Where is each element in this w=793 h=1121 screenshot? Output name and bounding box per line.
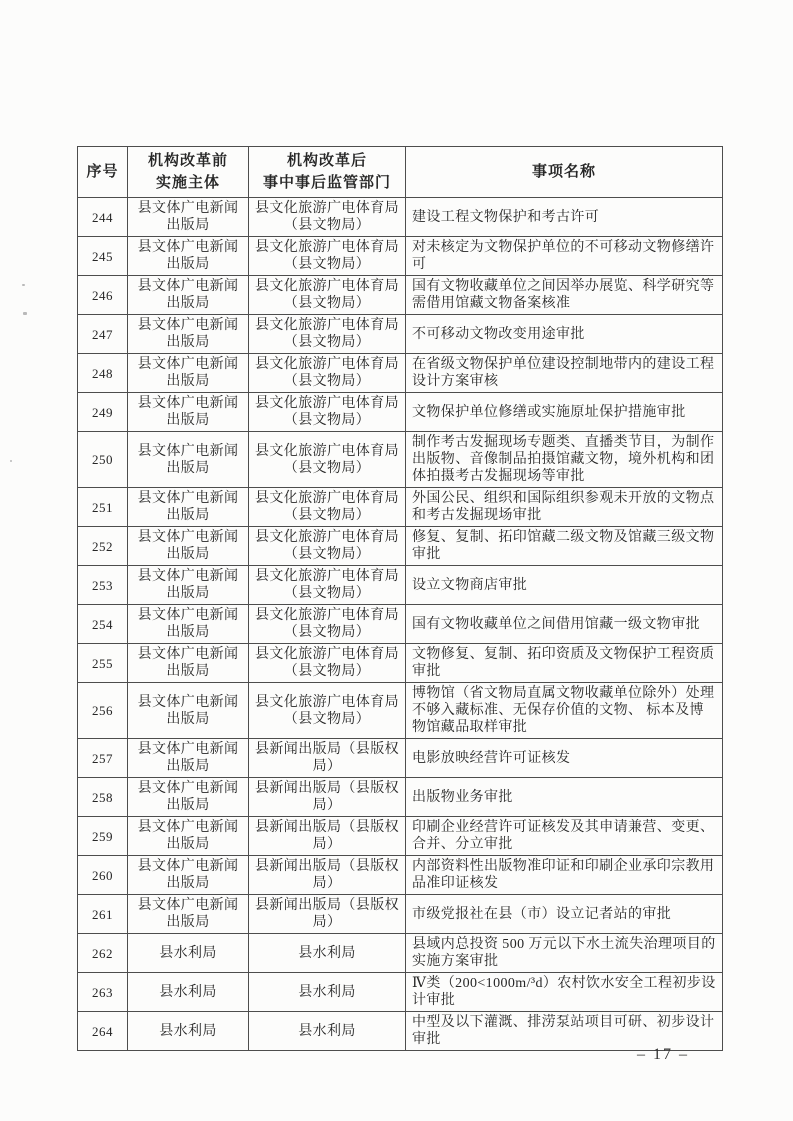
row-item-name-cell: 国有文物收藏单位之间借用馆藏一级文物审批 [406, 605, 723, 644]
row-after-reform-cell: 县文化旅游广电体育局（县文物局） [249, 315, 406, 354]
header-serial-number-label: 序号 [80, 161, 125, 183]
page-number: – 17 – [618, 1046, 708, 1064]
header-after-reform-line2: 事中事后监管部门 [251, 172, 403, 194]
table-row: 257 县文体广电新闻出版局 县新闻出版局（县版权局） 电影放映经营许可证核发 [78, 739, 723, 778]
row-item-name-cell: 内部资料性出版物准印证和印刷企业承印宗教用品准印证核发 [406, 856, 723, 895]
row-serial-number-cell: 260 [78, 856, 128, 895]
table-row: 264 县水利局 县水利局 中型及以下灌溉、排涝泵站项目可研、初步设计审批 [78, 1012, 723, 1051]
row-before-reform-cell: 县水利局 [128, 1012, 249, 1051]
table-row: 250 县文体广电新闻出版局 县文化旅游广电体育局（县文物局） 制作考古发掘现场… [78, 432, 723, 488]
row-serial-number-cell: 249 [78, 393, 128, 432]
row-item-name-cell: 中型及以下灌溉、排涝泵站项目可研、初步设计审批 [406, 1012, 723, 1051]
row-after-reform-cell: 县新闻出版局（县版权局） [249, 856, 406, 895]
row-serial-number-cell: 253 [78, 566, 128, 605]
row-before-reform-cell: 县文体广电新闻出版局 [128, 644, 249, 683]
table-row: 252 县文体广电新闻出版局 县文化旅游广电体育局（县文物局） 修复、复制、拓印… [78, 527, 723, 566]
row-item-name-cell: 制作考古发掘现场专题类、直播类节目，为制作出版物、音像制品拍摄馆藏文物，境外机构… [406, 432, 723, 488]
table-row: 260 县文体广电新闻出版局 县新闻出版局（县版权局） 内部资料性出版物准印证和… [78, 856, 723, 895]
row-before-reform-cell: 县文体广电新闻出版局 [128, 605, 249, 644]
header-row: 序号 机构改革前 实施主体 机构改革后 事中事后监管部门 事项名称 [78, 147, 723, 198]
row-before-reform-cell: 县文体广电新闻出版局 [128, 354, 249, 393]
row-item-name-cell: 出版物业务审批 [406, 778, 723, 817]
row-serial-number-cell: 256 [78, 683, 128, 739]
header-before-reform: 机构改革前 实施主体 [128, 147, 249, 198]
row-before-reform-cell: 县文体广电新闻出版局 [128, 778, 249, 817]
row-serial-number-cell: 250 [78, 432, 128, 488]
row-serial-number-cell: 264 [78, 1012, 128, 1051]
table-row: 248 县文体广电新闻出版局 县文化旅游广电体育局（县文物局） 在省级文物保护单… [78, 354, 723, 393]
table-row: 253 县文体广电新闻出版局 县文化旅游广电体育局（县文物局） 设立文物商店审批 [78, 566, 723, 605]
row-before-reform-cell: 县文体广电新闻出版局 [128, 276, 249, 315]
table-row: 246 县文体广电新闻出版局 县文化旅游广电体育局（县文物局） 国有文物收藏单位… [78, 276, 723, 315]
row-after-reform-cell: 县新闻出版局（县版权局） [249, 778, 406, 817]
row-before-reform-cell: 县水利局 [128, 973, 249, 1012]
row-item-name-cell: 不可移动文物改变用途审批 [406, 315, 723, 354]
header-item-name-label: 事项名称 [408, 161, 720, 183]
row-before-reform-cell: 县文体广电新闻出版局 [128, 488, 249, 527]
row-after-reform-cell: 县文化旅游广电体育局（县文物局） [249, 566, 406, 605]
table-row: 247 县文体广电新闻出版局 县文化旅游广电体育局（县文物局） 不可移动文物改变… [78, 315, 723, 354]
row-serial-number-cell: 258 [78, 778, 128, 817]
row-before-reform-cell: 县文体广电新闻出版局 [128, 566, 249, 605]
scanned-document-page: 序号 机构改革前 实施主体 机构改革后 事中事后监管部门 事项名称 244 县文… [0, 0, 793, 1121]
row-before-reform-cell: 县水利局 [128, 934, 249, 973]
row-after-reform-cell: 县文化旅游广电体育局（县文物局） [249, 354, 406, 393]
row-after-reform-cell: 县文化旅游广电体育局（县文物局） [249, 605, 406, 644]
row-after-reform-cell: 县文化旅游广电体育局（县文物局） [249, 488, 406, 527]
row-item-name-cell: 外国公民、组织和国际组织参观未开放的文物点和考古发掘现场审批 [406, 488, 723, 527]
table-body: 244 县文体广电新闻出版局 县文化旅游广电体育局（县文物局） 建设工程文物保护… [78, 198, 723, 1051]
header-before-reform-line2: 实施主体 [130, 172, 246, 194]
row-item-name-cell: 国有文物收藏单位之间因举办展览、科学研究等需借用馆藏文物备案核准 [406, 276, 723, 315]
header-after-reform-line1: 机构改革后 [251, 150, 403, 172]
row-after-reform-cell: 县文化旅游广电体育局（县文物局） [249, 393, 406, 432]
row-serial-number-cell: 255 [78, 644, 128, 683]
row-before-reform-cell: 县文体广电新闻出版局 [128, 817, 249, 856]
table-row: 255 县文体广电新闻出版局 县文化旅游广电体育局（县文物局） 文物修复、复制、… [78, 644, 723, 683]
row-serial-number-cell: 254 [78, 605, 128, 644]
row-after-reform-cell: 县文化旅游广电体育局（县文物局） [249, 276, 406, 315]
header-after-reform: 机构改革后 事中事后监管部门 [249, 147, 406, 198]
table-row: 245 县文体广电新闻出版局 县文化旅游广电体育局（县文物局） 对未核定为文物保… [78, 237, 723, 276]
row-before-reform-cell: 县文体广电新闻出版局 [128, 856, 249, 895]
row-item-name-cell: 在省级文物保护单位建设控制地带内的建设工程设计方案审核 [406, 354, 723, 393]
row-serial-number-cell: 261 [78, 895, 128, 934]
table-row: 249 县文体广电新闻出版局 县文化旅游广电体育局（县文物局） 文物保护单位修缮… [78, 393, 723, 432]
row-after-reform-cell: 县新闻出版局（县版权局） [249, 817, 406, 856]
row-serial-number-cell: 244 [78, 198, 128, 237]
row-before-reform-cell: 县文体广电新闻出版局 [128, 432, 249, 488]
scan-speck [22, 284, 25, 286]
row-serial-number-cell: 259 [78, 817, 128, 856]
table-row: 258 县文体广电新闻出版局 县新闻出版局（县版权局） 出版物业务审批 [78, 778, 723, 817]
row-before-reform-cell: 县文体广电新闻出版局 [128, 527, 249, 566]
row-item-name-cell: 电影放映经营许可证核发 [406, 739, 723, 778]
row-item-name-cell: Ⅳ类（200<1000m/³d）农村饮水安全工程初步设计审批 [406, 973, 723, 1012]
row-after-reform-cell: 县文化旅游广电体育局（县文物局） [249, 644, 406, 683]
row-serial-number-cell: 263 [78, 973, 128, 1012]
table-row: 262 县水利局 县水利局 县域内总投资 500 万元以下水土流失治理项目的实施… [78, 934, 723, 973]
row-after-reform-cell: 县水利局 [249, 973, 406, 1012]
row-serial-number-cell: 257 [78, 739, 128, 778]
row-item-name-cell: 市级党报社在县（市）设立记者站的审批 [406, 895, 723, 934]
row-after-reform-cell: 县文化旅游广电体育局（县文物局） [249, 683, 406, 739]
row-before-reform-cell: 县文体广电新闻出版局 [128, 739, 249, 778]
scan-speck [10, 460, 12, 462]
row-before-reform-cell: 县文体广电新闻出版局 [128, 198, 249, 237]
row-after-reform-cell: 县新闻出版局（县版权局） [249, 739, 406, 778]
row-after-reform-cell: 县文化旅游广电体育局（县文物局） [249, 237, 406, 276]
table-row: 261 县文体广电新闻出版局 县新闻出版局（县版权局） 市级党报社在县（市）设立… [78, 895, 723, 934]
row-serial-number-cell: 251 [78, 488, 128, 527]
row-serial-number-cell: 248 [78, 354, 128, 393]
row-before-reform-cell: 县文体广电新闻出版局 [128, 393, 249, 432]
row-after-reform-cell: 县新闻出版局（县版权局） [249, 895, 406, 934]
table-row: 256 县文体广电新闻出版局 县文化旅游广电体育局（县文物局） 博物馆（省文物局… [78, 683, 723, 739]
row-item-name-cell: 县域内总投资 500 万元以下水土流失治理项目的实施方案审批 [406, 934, 723, 973]
row-serial-number-cell: 247 [78, 315, 128, 354]
scan-speck [23, 312, 27, 315]
row-before-reform-cell: 县文体广电新闻出版局 [128, 683, 249, 739]
row-after-reform-cell: 县文化旅游广电体育局（县文物局） [249, 432, 406, 488]
table-row: 254 县文体广电新闻出版局 县文化旅游广电体育局（县文物局） 国有文物收藏单位… [78, 605, 723, 644]
row-before-reform-cell: 县文体广电新闻出版局 [128, 237, 249, 276]
row-item-name-cell: 文物修复、复制、拓印资质及文物保护工程资质审批 [406, 644, 723, 683]
row-serial-number-cell: 246 [78, 276, 128, 315]
row-item-name-cell: 文物保护单位修缮或实施原址保护措施审批 [406, 393, 723, 432]
row-before-reform-cell: 县文体广电新闻出版局 [128, 315, 249, 354]
row-item-name-cell: 印刷企业经营许可证核发及其申请兼营、变更、合并、分立审批 [406, 817, 723, 856]
table-row: 259 县文体广电新闻出版局 县新闻出版局（县版权局） 印刷企业经营许可证核发及… [78, 817, 723, 856]
header-item-name: 事项名称 [406, 147, 723, 198]
row-item-name-cell: 设立文物商店审批 [406, 566, 723, 605]
table-header: 序号 机构改革前 实施主体 机构改革后 事中事后监管部门 事项名称 [78, 147, 723, 198]
row-before-reform-cell: 县文体广电新闻出版局 [128, 895, 249, 934]
row-after-reform-cell: 县文化旅游广电体育局（县文物局） [249, 198, 406, 237]
approval-items-table: 序号 机构改革前 实施主体 机构改革后 事中事后监管部门 事项名称 244 县文… [77, 146, 723, 1051]
row-after-reform-cell: 县文化旅游广电体育局（县文物局） [249, 527, 406, 566]
header-before-reform-line1: 机构改革前 [130, 150, 246, 172]
row-item-name-cell: 修复、复制、拓印馆藏二级文物及馆藏三级文物审批 [406, 527, 723, 566]
row-serial-number-cell: 245 [78, 237, 128, 276]
row-after-reform-cell: 县水利局 [249, 934, 406, 973]
row-serial-number-cell: 262 [78, 934, 128, 973]
header-serial-number: 序号 [78, 147, 128, 198]
row-after-reform-cell: 县水利局 [249, 1012, 406, 1051]
table-row: 244 县文体广电新闻出版局 县文化旅游广电体育局（县文物局） 建设工程文物保护… [78, 198, 723, 237]
row-serial-number-cell: 252 [78, 527, 128, 566]
row-item-name-cell: 建设工程文物保护和考古许可 [406, 198, 723, 237]
table-row: 263 县水利局 县水利局 Ⅳ类（200<1000m/³d）农村饮水安全工程初步… [78, 973, 723, 1012]
row-item-name-cell: 对未核定为文物保护单位的不可移动文物修缮许可 [406, 237, 723, 276]
table-row: 251 县文体广电新闻出版局 县文化旅游广电体育局（县文物局） 外国公民、组织和… [78, 488, 723, 527]
row-item-name-cell: 博物馆（省文物局直属文物收藏单位除外）处理不够入藏标准、无保存价值的文物、 标本… [406, 683, 723, 739]
